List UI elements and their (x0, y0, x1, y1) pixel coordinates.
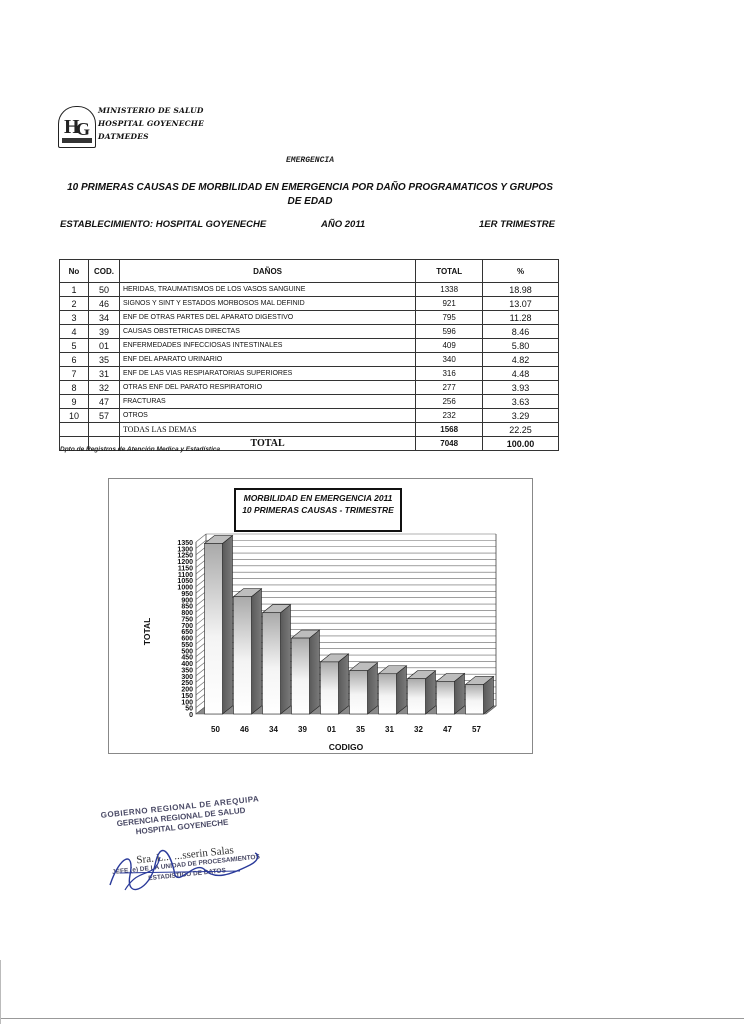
cell-total: 277 (416, 381, 483, 395)
svg-text:200: 200 (181, 687, 193, 694)
svg-text:G: G (76, 119, 90, 139)
svg-text:700: 700 (181, 623, 193, 630)
cell-no: 7 (60, 367, 89, 381)
table-row: 334ENF DE OTRAS PARTES DEL APARATO DIGES… (60, 311, 559, 325)
col-header-danos: DAÑOS (119, 260, 415, 283)
cell-others-pct: 22.25 (483, 423, 559, 437)
svg-text:650: 650 (181, 629, 193, 636)
institution-hospital: HOSPITAL GOYENECHE (98, 119, 204, 128)
cell-no: 3 (60, 311, 89, 325)
svg-text:450: 450 (181, 655, 193, 662)
cell-pct: 3.29 (483, 409, 559, 423)
cell-pct: 13.07 (483, 297, 559, 311)
col-header-cod: COD. (88, 260, 119, 283)
svg-text:47: 47 (443, 725, 452, 734)
cell-dano: ENFERMEDADES INFECCIOSAS INTESTINALES (119, 339, 415, 353)
cell-dano: CAUSAS OBSTETRICAS DIRECTAS (119, 325, 415, 339)
cell-cod: 34 (88, 311, 119, 325)
page-edge-line-left (0, 960, 1, 1024)
cell-total: 1338 (416, 283, 483, 297)
cell-no: 8 (60, 381, 89, 395)
svg-text:1100: 1100 (178, 572, 193, 579)
cell-pct: 11.28 (483, 311, 559, 325)
cell-others-label: TODAS LAS DEMAS (119, 423, 415, 437)
svg-text:300: 300 (181, 674, 193, 681)
svg-text:600: 600 (181, 636, 193, 643)
table-row: 150HERIDAS, TRAUMATISMOS DE LOS VASOS SA… (60, 283, 559, 297)
svg-text:0: 0 (189, 712, 193, 719)
cell-pct: 3.63 (483, 395, 559, 409)
cell-pct: 4.48 (483, 367, 559, 381)
hospital-logo-icon: H G (58, 106, 96, 148)
footnote: Dpto de Registros de Atención Medica y E… (60, 446, 220, 453)
cell-total: 256 (416, 395, 483, 409)
cell-total: 795 (416, 311, 483, 325)
cell-empty (88, 423, 119, 437)
cell-dano: ENF DE LAS VIAS RESPIARATORIAS SUPERIORE… (119, 367, 415, 381)
svg-text:50: 50 (211, 725, 220, 734)
cell-cod: 50 (88, 283, 119, 297)
table-header-row: No COD. DAÑOS TOTAL % (60, 260, 559, 283)
cell-cod: 32 (88, 381, 119, 395)
svg-text:500: 500 (181, 648, 193, 655)
svg-text:250: 250 (181, 680, 193, 687)
svg-text:50: 50 (185, 706, 193, 713)
cell-cod: 01 (88, 339, 119, 353)
table-row: 501ENFERMEDADES INFECCIOSAS INTESTINALES… (60, 339, 559, 353)
svg-text:01: 01 (327, 725, 336, 734)
col-header-total: TOTAL (416, 260, 483, 283)
morbidity-table: No COD. DAÑOS TOTAL % 150HERIDAS, TRAUMA… (59, 259, 559, 451)
cell-dano: ENF DEL APARATO URINARIO (119, 353, 415, 367)
cell-no: 9 (60, 395, 89, 409)
svg-text:1200: 1200 (177, 559, 193, 566)
cell-total: 232 (416, 409, 483, 423)
cell-pct: 4.82 (483, 353, 559, 367)
cell-no: 10 (60, 409, 89, 423)
institution-ministry: MINISTERIO DE SALUD (98, 106, 204, 115)
svg-text:1150: 1150 (178, 565, 193, 572)
svg-text:100: 100 (181, 699, 193, 706)
chart-title-box: MORBILIDAD EN EMERGENCIA 2011 10 PRIMERA… (234, 488, 402, 532)
table-row-others: TODAS LAS DEMAS156822.25 (60, 423, 559, 437)
cell-dano: FRACTURAS (119, 395, 415, 409)
cell-dano: SIGNOS Y SINT Y ESTADOS MORBOSOS MAL DEF… (119, 297, 415, 311)
cell-cod: 46 (88, 297, 119, 311)
establishment-label: ESTABLECIMIENTO: HOSPITAL GOYENECHE (60, 219, 266, 230)
cell-dano: HERIDAS, TRAUMATISMOS DE LOS VASOS SANGU… (119, 283, 415, 297)
chart-title: MORBILIDAD EN EMERGENCIA 2011 (236, 492, 400, 504)
period-label: 1ER TRIMESTRE (479, 219, 555, 230)
svg-text:1000: 1000 (177, 585, 193, 592)
page-title-line1: 10 PRIMERAS CAUSAS DE MORBILIDAD EN EMER… (60, 181, 560, 195)
cell-cod: 57 (88, 409, 119, 423)
col-header-no: No (60, 260, 89, 283)
cell-dano: ENF DE OTRAS PARTES DEL APARATO DIGESTIV… (119, 311, 415, 325)
svg-text:1300: 1300 (177, 546, 193, 553)
svg-text:39: 39 (298, 725, 307, 734)
cell-cod: 35 (88, 353, 119, 367)
svg-text:46: 46 (240, 725, 249, 734)
chart-subtitle: 10 PRIMERAS CAUSAS - TRIMESTRE (236, 504, 400, 516)
cell-pct: 3.93 (483, 381, 559, 395)
cell-total: 596 (416, 325, 483, 339)
svg-text:400: 400 (181, 661, 193, 668)
table-row: 635ENF DEL APARATO URINARIO3404.82 (60, 353, 559, 367)
cell-no: 5 (60, 339, 89, 353)
cell-dano: OTROS (119, 409, 415, 423)
cell-no: 6 (60, 353, 89, 367)
cell-total: 316 (416, 367, 483, 381)
cell-empty (60, 423, 89, 437)
table-row: 1057OTROS2323.29 (60, 409, 559, 423)
svg-text:35: 35 (356, 725, 365, 734)
section-label: EMERGENCIA (0, 156, 620, 165)
table-row: 947FRACTURAS2563.63 (60, 395, 559, 409)
cell-cod: 31 (88, 367, 119, 381)
svg-text:750: 750 (181, 616, 193, 623)
svg-text:950: 950 (181, 591, 193, 598)
institution-dept: DATMEDES (98, 132, 149, 141)
svg-text:1250: 1250 (177, 553, 193, 560)
cell-total: 340 (416, 353, 483, 367)
cell-pct: 18.98 (483, 283, 559, 297)
svg-text:1050: 1050 (177, 578, 193, 585)
svg-text:150: 150 (181, 693, 193, 700)
col-header-pct: % (483, 260, 559, 283)
table-row: 246SIGNOS Y SINT Y ESTADOS MORBOSOS MAL … (60, 297, 559, 311)
svg-text:57: 57 (472, 725, 481, 734)
page-title-line2: DE EDAD (60, 195, 560, 209)
table-row: 832OTRAS ENF DEL PARATO RESPIRATORIO2773… (60, 381, 559, 395)
cell-grand-pct: 100.00 (483, 437, 559, 451)
cell-others-total: 1568 (416, 423, 483, 437)
signature-icon (100, 845, 270, 895)
cell-total: 409 (416, 339, 483, 353)
cell-dano: OTRAS ENF DEL PARATO RESPIRATORIO (119, 381, 415, 395)
svg-text:CODIGO: CODIGO (329, 742, 364, 752)
svg-text:1350: 1350 (177, 540, 193, 547)
cell-no: 4 (60, 325, 89, 339)
svg-text:32: 32 (414, 725, 423, 734)
svg-text:TOTAL: TOTAL (142, 618, 152, 646)
svg-text:34: 34 (269, 725, 278, 734)
cell-no: 2 (60, 297, 89, 311)
cell-cod: 39 (88, 325, 119, 339)
cell-grand-total: 7048 (416, 437, 483, 451)
cell-no: 1 (60, 283, 89, 297)
svg-text:900: 900 (181, 597, 193, 604)
svg-text:800: 800 (181, 610, 193, 617)
cell-total: 921 (416, 297, 483, 311)
page-edge-line (0, 1018, 744, 1019)
page-title: 10 PRIMERAS CAUSAS DE MORBILIDAD EN EMER… (60, 181, 560, 209)
cell-cod: 47 (88, 395, 119, 409)
year-label: AÑO 2011 (321, 219, 365, 230)
svg-text:350: 350 (181, 667, 193, 674)
cell-pct: 8.46 (483, 325, 559, 339)
table-row: 439CAUSAS OBSTETRICAS DIRECTAS5968.46 (60, 325, 559, 339)
svg-text:550: 550 (181, 642, 193, 649)
svg-text:850: 850 (181, 604, 193, 611)
table-row: 731ENF DE LAS VIAS RESPIARATORIAS SUPERI… (60, 367, 559, 381)
svg-text:31: 31 (385, 725, 394, 734)
cell-pct: 5.80 (483, 339, 559, 353)
